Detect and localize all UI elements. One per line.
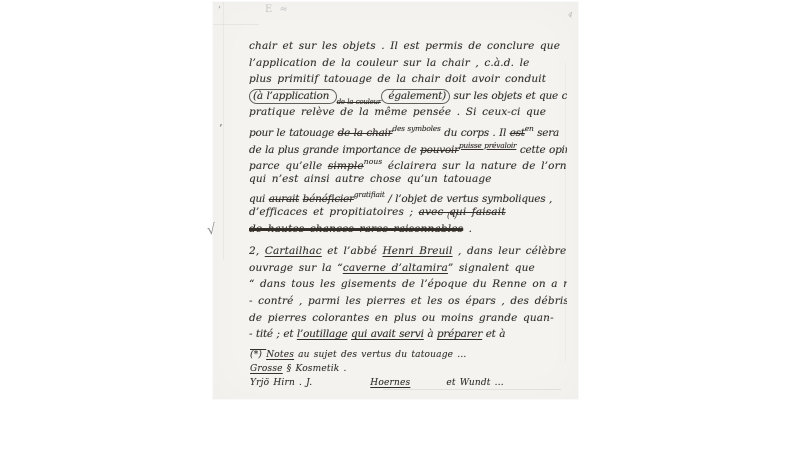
text-segment: ouvrage sur la “	[249, 262, 343, 274]
manuscript-line: de hautes chances rares raisonnables .	[249, 221, 567, 238]
text-segment: l’application de la couleur sur la chair…	[249, 57, 529, 69]
text-segment: (à l’application	[249, 89, 337, 104]
margin-checkmark: √	[206, 221, 217, 238]
text-segment: avec qui faisait	[419, 206, 506, 218]
text-segment: .	[463, 223, 472, 235]
text-segment: Cartailhac	[265, 245, 322, 257]
manuscript-line: chair et sur les objets . Il est permis …	[249, 38, 567, 55]
fold-line-horizontal	[213, 24, 259, 25]
text-segment: et à	[482, 328, 505, 340]
manuscript-line: pratique relève de la même pensée . Si c…	[249, 104, 567, 121]
manuscript-line: qui n’est ainsi autre chose qu’un tatoua…	[249, 171, 567, 188]
manuscript-line: de la plus grande importance de pouvoirp…	[249, 138, 567, 155]
manuscript-line: (*) Notes au sujet des vertus du tatouag…	[250, 348, 570, 362]
text-segment: préparer	[437, 328, 482, 340]
text-segment: § Kosmetik .	[283, 364, 347, 374]
text-segment: Notes	[266, 350, 294, 360]
manuscript-line: “ dans tous les gisements de l’époque du…	[249, 276, 567, 293]
manuscript-line: parce qu’elle simplenous éclairera sur l…	[249, 154, 567, 171]
text-segment: l’outillage	[297, 328, 348, 340]
text-segment: caverne d’altamira	[343, 262, 448, 274]
text-segment: 2,	[249, 245, 265, 257]
manuscript-line: ouvrage sur la “caverne d’altamira” sign…	[249, 260, 567, 277]
text-segment: Yrjö Hirn . J.	[250, 378, 312, 388]
text-segment: sur les objets et que cette	[450, 90, 567, 102]
text-segment: Grosse	[250, 364, 283, 374]
fold-line-vertical	[223, 2, 224, 260]
text-segment: pratique relève de la même pensée . Si c…	[249, 106, 546, 118]
text-segment: Hoernes	[370, 378, 410, 388]
text-segment: - tité ; et	[249, 328, 297, 340]
paragraph-2: 2, Cartailhac et l’abbé Henri Breuil , d…	[249, 243, 567, 343]
footnote-block: (*) Notes au sujet des vertus du tatouag…	[250, 348, 570, 390]
text-segment: au sujet des vertus du tatouage ...	[294, 350, 466, 360]
manuscript-line: d’efficaces et propitiatoires ; avec qui…	[249, 204, 567, 221]
manuscript-line: l’application de la couleur sur la chair…	[249, 55, 567, 72]
manuscript-line: (à l’application de la couleur également…	[249, 88, 567, 105]
text-segment: plus primitif tatouage de la chair doit …	[249, 73, 546, 85]
text-segment: , dans leur célèbre	[453, 245, 567, 257]
text-segment: gratifiait	[354, 190, 385, 199]
manuscript-line: plus primitif tatouage de la chair doit …	[249, 71, 567, 88]
manuscript-line: de pierres colorantes en plus ou moins g…	[249, 310, 567, 327]
text-segment: et Wundt ...	[446, 378, 504, 388]
margin-tick-mark: ’	[219, 122, 223, 135]
text-segment: nous	[364, 157, 383, 166]
text-segment: (*)	[250, 350, 266, 360]
text-segment: ” signalent que	[448, 262, 535, 274]
text-segment: de pierres colorantes en plus ou moins g…	[249, 312, 554, 324]
paragraph-1: chair et sur les objets . Il est permis …	[249, 38, 567, 237]
text-segment: qui n’est ainsi autre chose qu’un tatoua…	[249, 173, 492, 185]
corner-mark: 4	[567, 11, 573, 20]
manuscript-line: 2, Cartailhac et l’abbé Henri Breuil , d…	[249, 243, 567, 260]
manuscript-body: chair et sur les objets . Il est permis …	[249, 38, 567, 343]
manuscript-line: Yrjö Hirn . J.Hoerneset Wundt ...	[250, 376, 570, 390]
scan-background: { "manuscript": { "colors": { "paper": "…	[0, 0, 800, 450]
text-segment: “ dans tous les gisements de l’époque du…	[249, 278, 567, 290]
text-segment: puisse prévaloir	[459, 141, 516, 150]
pencil-tick-top-mark: ’	[218, 6, 221, 16]
manuscript-line: Grosse § Kosmetik .	[250, 362, 570, 376]
text-segment: également)	[381, 89, 450, 104]
text-segment: chair et sur les objets . Il est permis …	[249, 40, 560, 52]
manuscript-line: - tité ; et l’outillage qui avait servi …	[249, 326, 567, 343]
manuscript-page: ’ E ≈ 4 ’ √ (*) chair et sur les objets …	[213, 2, 578, 399]
text-segment: en	[525, 124, 534, 133]
text-segment: qui avait servi	[351, 328, 424, 340]
manuscript-line: - contré , parmi les pierres et les os é…	[249, 293, 567, 310]
text-segment: d’efficaces et propitiatoires ;	[249, 206, 419, 218]
text-segment: Henri Breuil	[382, 245, 452, 257]
stamp-mark: E ≈	[265, 4, 290, 15]
text-segment: à	[424, 328, 437, 340]
manuscript-line: qui aurait bénéficiergratifiait / l’obje…	[249, 187, 567, 204]
manuscript-line: pour le tatouage de la chairdes symboles…	[249, 121, 567, 138]
text-segment: de hautes chances rares raisonnables	[249, 223, 463, 235]
text-segment: des symboles	[392, 124, 440, 133]
text-segment: et l’abbé	[322, 245, 383, 257]
text-segment: - contré , parmi les pierres et les os é…	[249, 295, 567, 307]
